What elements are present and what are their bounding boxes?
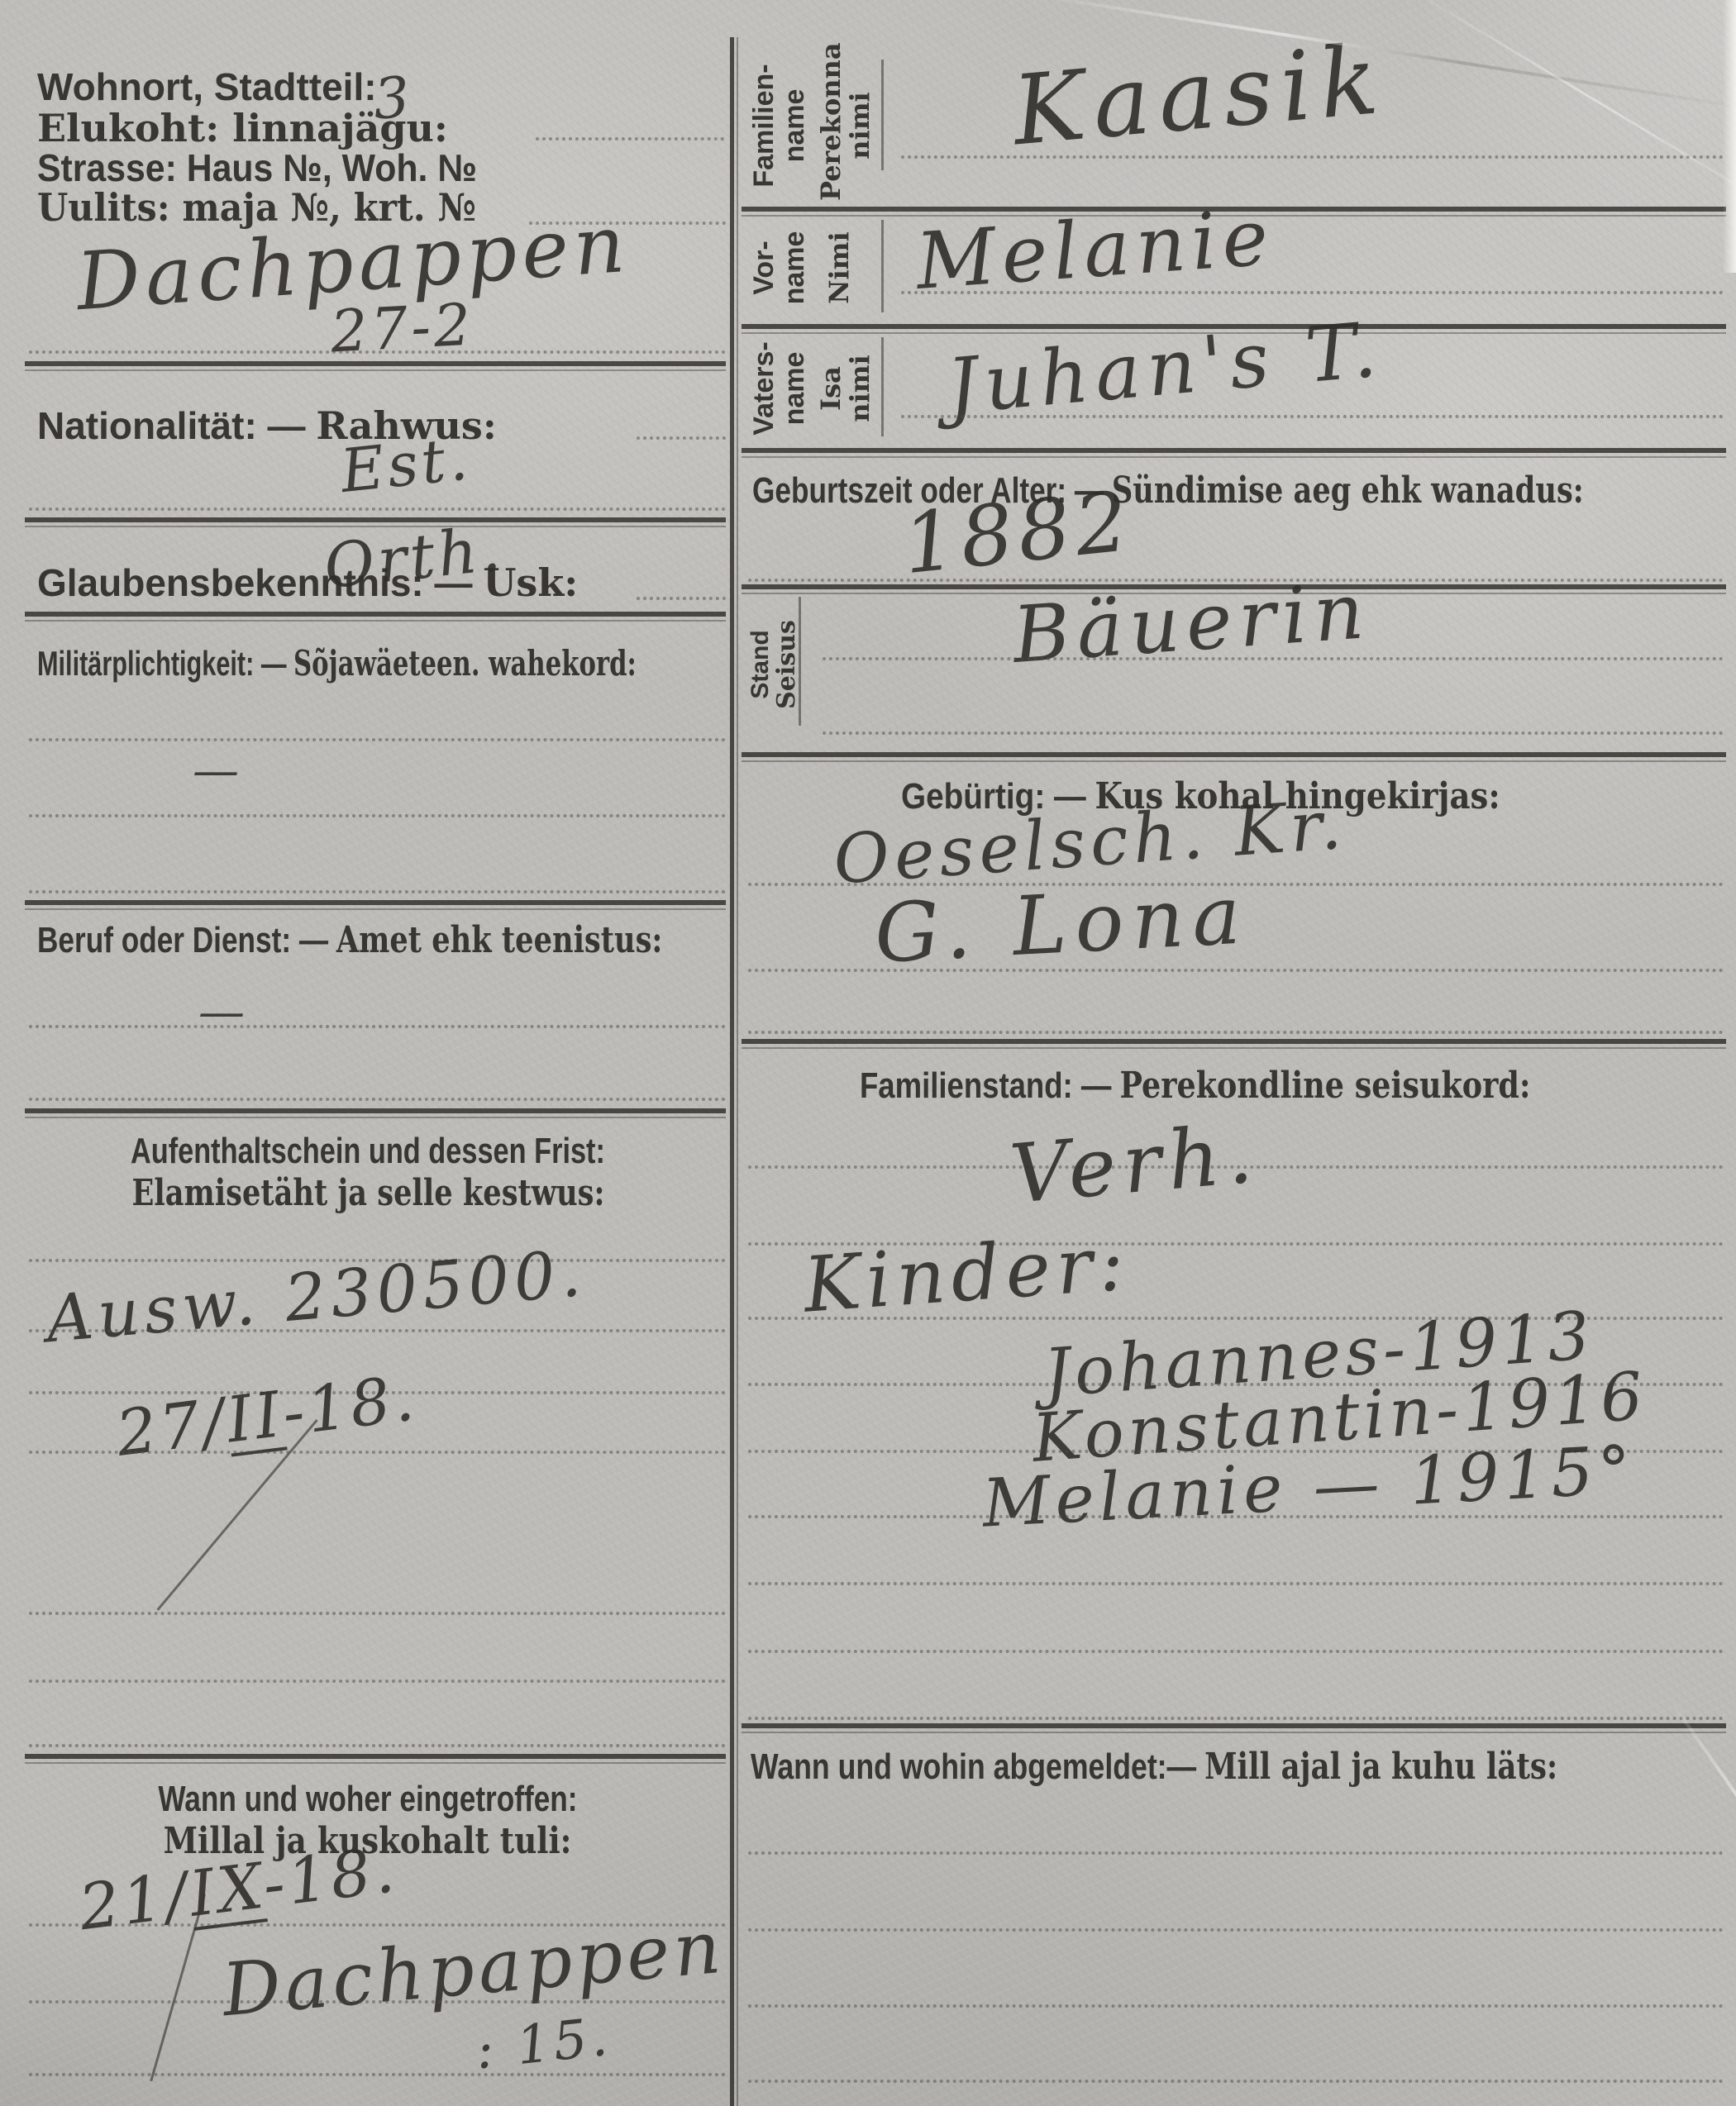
- dotted-line: [823, 731, 1724, 735]
- birth-label-et: Sündimise aeg ehk wanadus:: [1112, 469, 1584, 512]
- father-name-label-et: Isa nimi: [817, 334, 875, 443]
- departure-label-de: Wann und wohin abgemeldet:—: [751, 1746, 1196, 1787]
- permit-entry-id: Ausw. 230500.: [43, 1236, 589, 1358]
- dotted-line: [29, 1680, 726, 1683]
- dotted-line: [901, 291, 1724, 294]
- column-divider: [730, 37, 734, 2106]
- origin-entry-estate: G. Lona: [872, 868, 1251, 982]
- status-label-de-text: Stand: [747, 595, 774, 734]
- section-rule: [742, 1039, 1726, 1044]
- section-rule: [25, 900, 726, 905]
- residence-label-de-2-text: Strasse: Haus №, Woh. №: [37, 145, 477, 190]
- dotted-line: [29, 1025, 726, 1028]
- arrival-entry-note: : 15.: [473, 2007, 614, 2082]
- dotted-line: [29, 890, 726, 893]
- occupation-label: Beruf oder Dienst: — Amet ehk teenistus:: [37, 919, 819, 961]
- family-name-label-de-line2: name: [780, 50, 810, 201]
- father-name-label-et-line2: nimi: [846, 334, 875, 443]
- dotted-line: [748, 969, 1724, 972]
- occupation-label-de: Beruf oder Dienst: —: [37, 920, 328, 960]
- section-rule: [25, 361, 726, 366]
- dotted-line: [748, 1582, 1724, 1585]
- family-name-label-et: Perekonna nimi: [817, 50, 875, 201]
- marital-label-de: Familienstand: —: [860, 1065, 1111, 1106]
- dotted-line: [748, 1650, 1724, 1653]
- residence-entry-number: 3: [371, 64, 415, 132]
- occupation-entry-dash: —: [198, 985, 248, 1039]
- dotted-line: [748, 1928, 1724, 1932]
- dotted-line: [637, 436, 726, 440]
- label-separator: [881, 337, 884, 436]
- section-rule: [742, 1723, 1726, 1728]
- label-separator: [881, 60, 884, 170]
- residence-label-de-1-text: Wohnort, Stadtteil:: [37, 65, 377, 108]
- military-label: Militärplichtigkeit: — Sõjawäeteen. wahe…: [37, 643, 858, 684]
- permit-date-year: -18.: [279, 1360, 421, 1450]
- section-rule: [25, 1754, 726, 1759]
- dotted-line: [901, 415, 1724, 418]
- status-entry: Bäuerin: [1010, 566, 1373, 681]
- dotted-line: [29, 507, 726, 511]
- section-rule: [742, 752, 1726, 757]
- permit-label-de: Aufenthaltschein und dessen Frist:: [33, 1131, 703, 1172]
- military-entry-dash: —: [193, 744, 242, 798]
- dotted-line: [748, 1031, 1724, 1034]
- permit-label-de-text: Aufenthaltschein und dessen Frist:: [131, 1131, 605, 1172]
- dotted-line: [29, 738, 726, 741]
- section-rule: [25, 612, 726, 617]
- permit-date-month: II: [222, 1377, 287, 1457]
- dotted-line: [29, 2000, 726, 2004]
- children-label: Kinder:: [801, 1218, 1133, 1329]
- first-name-label-de-line2: name: [780, 217, 810, 319]
- dotted-line: [748, 2004, 1724, 2008]
- permit-label-et: Elamisetäht ja selle kestwus:: [33, 1172, 703, 1214]
- residence-entry-house: 27-2: [329, 291, 475, 366]
- dotted-line: [748, 1515, 1724, 1518]
- dotted-line: [29, 1744, 726, 1747]
- dotted-line: [29, 1098, 726, 1101]
- dotted-line: [29, 350, 726, 354]
- section-rule: [25, 517, 726, 522]
- label-separator: [881, 220, 884, 312]
- occupation-label-et: Amet ehk teenistus:: [336, 919, 663, 961]
- family-name-label-de: Familien- name: [749, 50, 810, 201]
- dotted-line: [637, 597, 726, 600]
- marital-label: Familienstand: — Perekondline seisukord:: [860, 1065, 1668, 1107]
- section-rule: [742, 448, 1726, 453]
- departure-label-et: Mill ajal ja kuhu läts:: [1204, 1746, 1557, 1788]
- nationality-label-de: Nationalität: —: [37, 404, 306, 447]
- dotted-line: [748, 1851, 1724, 1855]
- paper-edge: [1723, 0, 1736, 273]
- first-name-label-et-line1: Nimi: [825, 217, 854, 319]
- first-name-label-et: Nimi: [825, 217, 854, 319]
- label-separator: [799, 597, 801, 726]
- military-label-et: Sõjawäeteen. wahekord:: [293, 643, 637, 684]
- dotted-line: [748, 1717, 1724, 1720]
- paper-crease: [1396, 0, 1736, 221]
- arrival-label-de: Wann und woher eingetroffen:: [33, 1779, 703, 1820]
- dotted-line: [29, 814, 726, 817]
- arrival-label-de-text: Wann und woher eingetroffen:: [158, 1779, 577, 1820]
- marital-entry: Verh.: [1007, 1107, 1263, 1222]
- dotted-line: [29, 1612, 726, 1615]
- family-name-entry: Kaasik: [1009, 24, 1390, 168]
- permit-label-et-text: Elamisetäht ja selle kestwus:: [131, 1172, 604, 1214]
- arrival-date-day: 21/: [75, 1858, 194, 1945]
- nationality-entry: Est.: [337, 423, 474, 506]
- residence-label-de-1: Wohnort, Stadtteil:: [37, 64, 377, 109]
- family-name-label-et-line2: nimi: [846, 50, 875, 201]
- marital-label-et: Perekondline seisukord:: [1120, 1065, 1531, 1107]
- father-name-label-et-line1: Isa: [817, 334, 846, 443]
- departure-label: Wann und wohin abgemeldet:— Mill ajal ja…: [751, 1746, 1736, 1788]
- family-name-label-de-line1: Familien-: [749, 50, 780, 201]
- first-name-label-de: Vor- name: [749, 217, 810, 319]
- dotted-line: [29, 2073, 726, 2076]
- status-label-et-text: Seisus: [774, 595, 800, 734]
- family-name-label-et-line1: Perekonna: [817, 50, 846, 201]
- father-name-label-de-line2: name: [780, 334, 810, 443]
- father-name-label-de-line1: Vaters-: [749, 334, 780, 443]
- permit-date-day: 27/: [112, 1384, 231, 1470]
- arrival-date-year: -18.: [259, 1832, 401, 1922]
- dotted-line: [823, 657, 1724, 660]
- dotted-line: [748, 2080, 1724, 2083]
- section-rule: [25, 1108, 726, 1113]
- dotted-line: [29, 1451, 726, 1454]
- dotted-line: [29, 1329, 726, 1332]
- military-label-de: Militärplichtigkeit: —: [37, 644, 287, 683]
- residence-label-de-2: Strasse: Haus №, Woh. №: [37, 145, 510, 190]
- status-label-de: Stand: [747, 595, 774, 734]
- registration-card: Wohnort, Stadtteil: Elukoht: linnajägu: …: [0, 0, 1736, 2106]
- father-name-label-de: Vaters- name: [749, 334, 810, 443]
- status-label-et: Seisus: [774, 595, 800, 734]
- dotted-line: [901, 155, 1724, 159]
- dotted-line: [536, 137, 724, 141]
- first-name-label-de-line1: Vor-: [749, 217, 780, 319]
